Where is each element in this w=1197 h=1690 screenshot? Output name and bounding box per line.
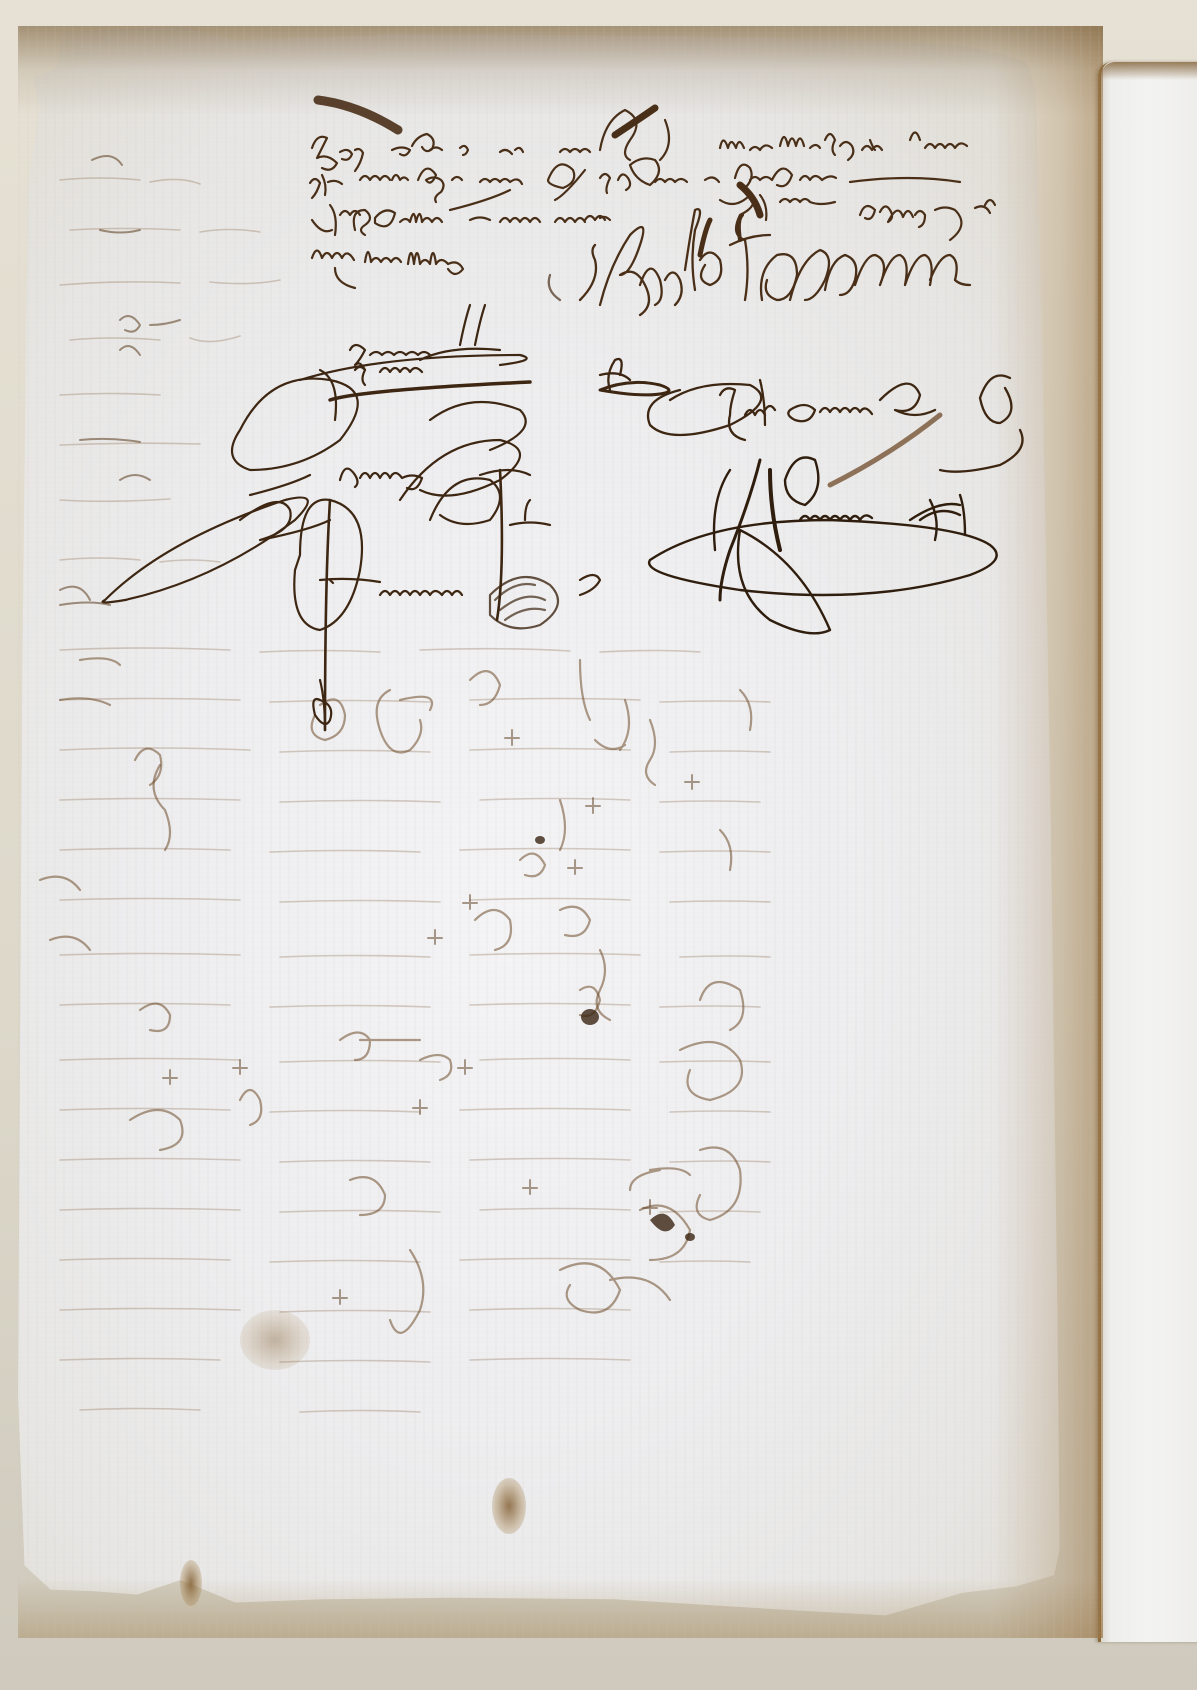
upper-left-signature: Desbault xyxy=(350,340,440,364)
adjacent-page-edge-stain xyxy=(1101,62,1197,80)
wear-hole xyxy=(180,1560,202,1606)
manuscript-leaf xyxy=(18,26,1103,1638)
photo-scene: Faict ... en ... au ... mil ... Malguis … xyxy=(0,0,1197,1690)
middle-signature: Genry xyxy=(340,465,402,489)
lower-left-signature: Bonneau xyxy=(380,580,469,604)
adjacent-page xyxy=(1098,62,1197,1642)
main-signature: Chaslet ... Bonne xyxy=(590,260,763,284)
text-line-3: ... ... ... ... ... balla ... xyxy=(312,198,514,222)
lower-right-signature: Moreau xyxy=(800,505,879,529)
ink-stain xyxy=(492,1478,526,1534)
text-line-4: ... les ... libl xyxy=(312,240,430,264)
paper-damage xyxy=(240,1310,310,1370)
text-line-2: et ... mil ... cinq ... cent ... ... ... xyxy=(312,160,623,184)
middle-right-signature: Gerhomme xyxy=(720,395,832,419)
text-line-1: Faict ... en ... au ... mil ... Malguis … xyxy=(312,125,738,149)
